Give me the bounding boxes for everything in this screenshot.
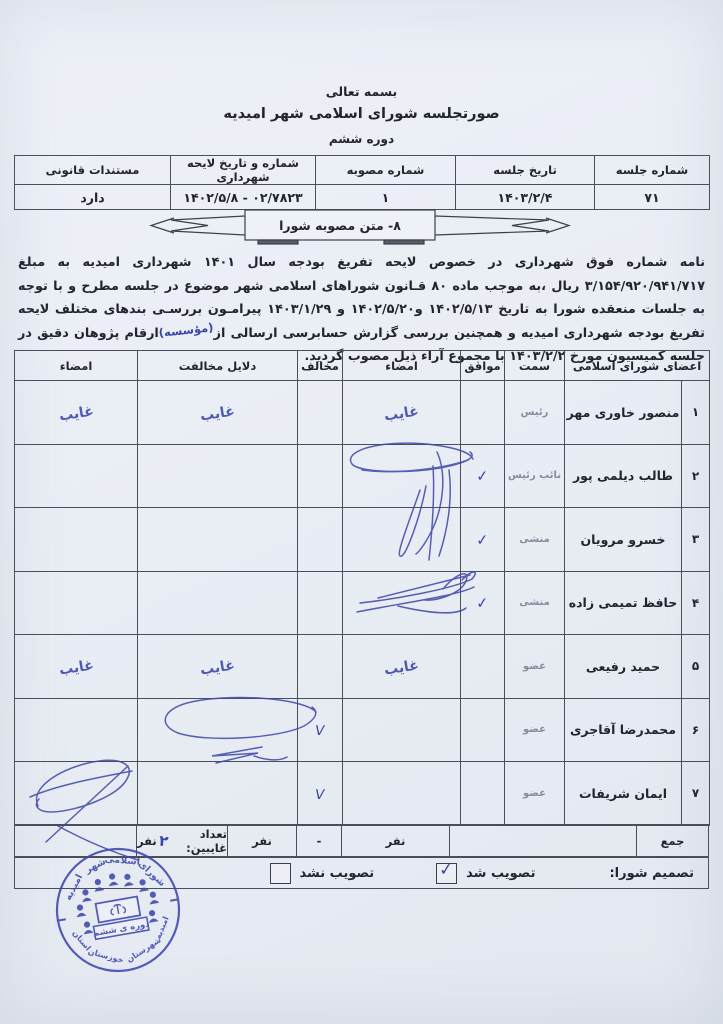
member-position: منشی <box>505 571 565 635</box>
approved-label: تصویب شد <box>466 866 535 881</box>
totals-label: جمع <box>636 825 708 856</box>
header-position: سمت <box>505 351 565 381</box>
member-name: منصور خاوری مهر <box>565 381 682 445</box>
member-name: محمدرضا آقاجری <box>565 698 682 762</box>
rejected-checkbox <box>270 863 291 884</box>
session-number-value: ۷۱ <box>595 185 710 210</box>
member-number: ۱ <box>682 381 710 445</box>
member-position: رئیس <box>505 381 565 445</box>
member-row: ۲ طالب دیلمی پور نائب رئیس ✓ <box>15 444 710 508</box>
council-term: دوره ششم <box>0 132 723 146</box>
oppose-signature-note: غایب <box>58 403 95 424</box>
agree-mark: ✓ <box>475 594 489 613</box>
header-oppose-reasons: دلایل مخالفت <box>138 351 298 381</box>
members-vote-table: اعضای شورای اسلامی سمت موافق امضاء مخالف… <box>14 350 710 826</box>
member-row: ۵ حمید رفیعی عضو غایب غایب غایب <box>15 635 710 699</box>
approved-checkmark: ✓ <box>438 859 454 880</box>
stamp-bottom-word: استان <box>71 929 93 953</box>
iran-emblem-icon <box>110 903 126 915</box>
stamp-bottom-word: شهرستان <box>125 935 163 964</box>
rejected-label: تصویب نشد <box>300 866 375 881</box>
stamp-side-dash-right <box>170 899 179 901</box>
header-session-date: تاریخ جلسه <box>456 156 595 185</box>
resolution-section-title: ۸- متن مصوبه شورا <box>245 211 435 240</box>
member-position: منشی <box>505 508 565 572</box>
stamp-bottom-word: امیدیه <box>153 915 170 940</box>
member-number: ۵ <box>682 635 710 699</box>
header-oppose-signature: امضاء <box>15 351 138 381</box>
member-row: ۱ منصور خاوری مهر رئیس غایب غایب غایب <box>15 381 710 445</box>
handwritten-insert: (مؤسسه) <box>157 316 214 345</box>
member-number: ۶ <box>682 698 710 762</box>
oppose-mark: V <box>314 787 326 803</box>
member-name: حافظ تمیمی زاده <box>565 571 682 635</box>
member-position: عضو <box>505 698 565 762</box>
oppose-reason-note: غایب <box>199 657 236 678</box>
decision-label: تصمیم شورا: <box>609 866 694 881</box>
totals-row: جمع نفر - نفر تعداد غایبین:۲نفر <box>14 824 709 857</box>
header-bill-number-date: شماره و تاریخ لایحه شهرداری <box>171 156 316 185</box>
stamp-bottom-word: خوزستان <box>87 947 125 965</box>
signature-absent-note: غایب <box>383 403 420 424</box>
scanned-council-minutes-page: بسمه تعالی صورتجلسه شورای اسلامی شهر امی… <box>0 0 723 1024</box>
agree-mark: ✓ <box>475 530 489 549</box>
page-title: صورتجلسه شورای اسلامی شهر امیدیه <box>0 106 723 122</box>
member-number: ۳ <box>682 508 710 572</box>
member-position: عضو <box>505 762 565 826</box>
header-signature: امضاء <box>343 351 461 381</box>
oppose-signature-note: غایب <box>58 657 95 678</box>
header-legal-docs: مستندات قانونی <box>15 156 171 185</box>
member-number: ۴ <box>682 571 710 635</box>
header-agree: موافق <box>461 351 505 381</box>
totals-empty-cell <box>17 825 136 856</box>
agree-mark: ✓ <box>475 467 489 486</box>
stamp-side-dash-left <box>57 919 66 921</box>
member-number: ۲ <box>682 444 710 508</box>
member-position: نائب رئیس <box>505 444 565 508</box>
council-decision-row: تصمیم شورا: تصویب شد ✓ تصویب نشد <box>14 857 709 889</box>
member-row: ۶ محمدرضا آقاجری عضو V <box>15 698 710 762</box>
stamp-banner-box <box>93 917 148 939</box>
absent-label: تعداد غایبین: <box>170 827 227 855</box>
member-name: خسرو مرویان <box>565 508 682 572</box>
stamp-banner-text: دوره ی ششم <box>92 919 150 939</box>
member-row: ۴ حافظ تمیمی زاده منشی ✓ <box>15 571 710 635</box>
absent-unit: نفر <box>137 834 157 848</box>
totals-absent: تعداد غایبین:۲نفر <box>136 825 227 856</box>
oppose-reason-note: غایب <box>199 403 236 424</box>
header-oppose: مخالف <box>298 351 343 381</box>
header-members: اعضای شورای اسلامی <box>565 351 710 381</box>
header-session-number: شماره جلسه <box>595 156 710 185</box>
signature-absent-note: غایب <box>383 657 420 678</box>
totals-agree-unit: نفر <box>341 825 449 856</box>
bismillah-text: بسمه تعالی <box>0 84 723 99</box>
oppose-mark: V <box>314 723 326 739</box>
member-row: ۷ ایمان شریفات عضو V <box>15 762 710 826</box>
member-position: عضو <box>505 635 565 699</box>
totals-oppose-unit: نفر <box>227 825 296 856</box>
member-number: ۷ <box>682 762 710 826</box>
stamp-emblem-box <box>96 897 141 923</box>
member-row: ۳ خسرو مرویان منشی ✓ <box>15 508 710 572</box>
totals-dash: - <box>296 825 341 856</box>
member-name: حمید رفیعی <box>565 635 682 699</box>
member-name: ایمان شریفات <box>565 762 682 826</box>
totals-agree-count <box>449 825 636 856</box>
member-name: طالب دیلمی پور <box>565 444 682 508</box>
absent-count-handwritten: ۲ <box>158 831 170 850</box>
approved-checkbox: ✓ <box>436 863 457 884</box>
header-resolution-number: شماره مصوبه <box>316 156 456 185</box>
